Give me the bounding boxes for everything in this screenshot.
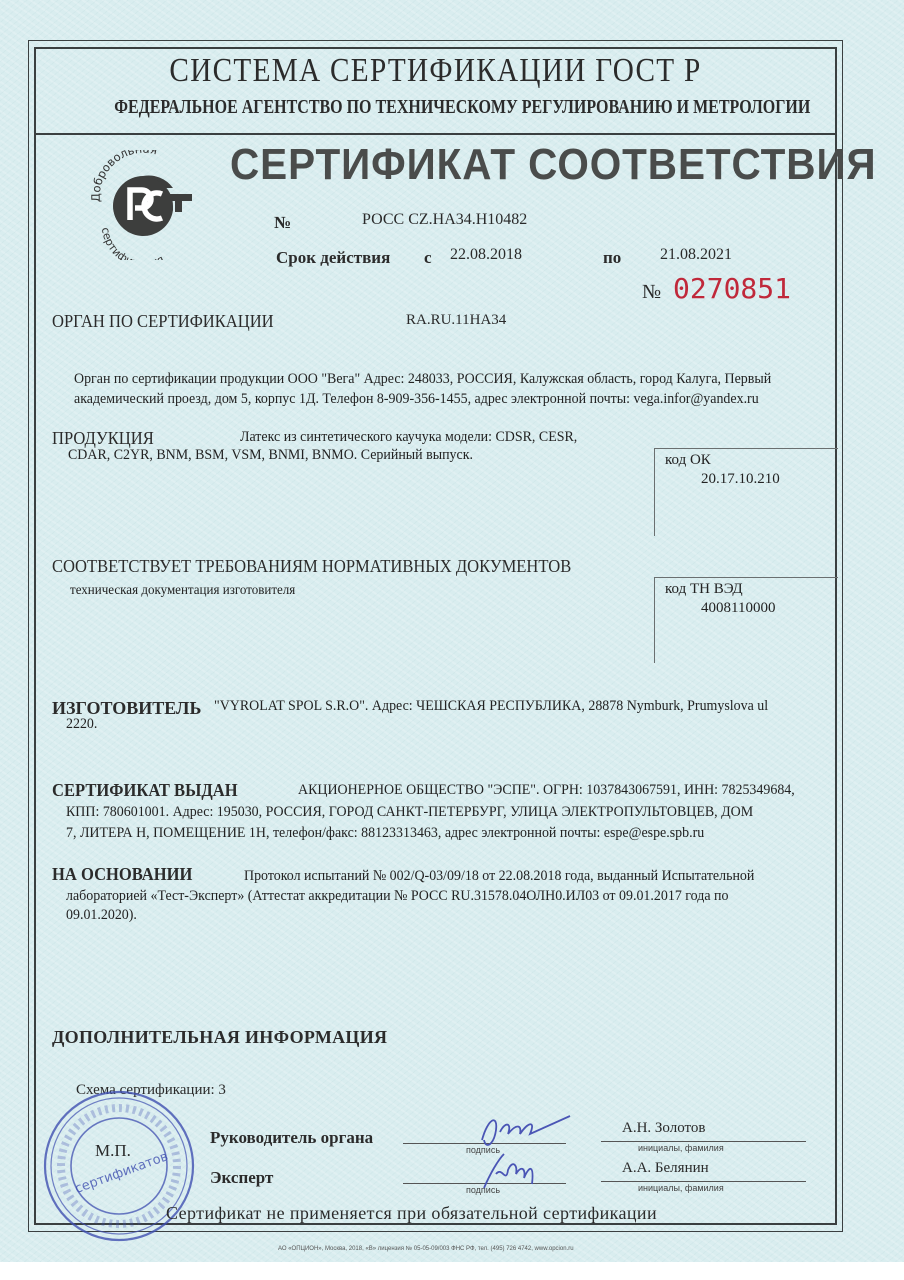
stamp-place-label: М.П. [95,1141,131,1161]
valid-from-date: 22.08.2018 [450,246,522,264]
from-label: с [424,248,432,268]
conformity-value: техническая документация изготовителя [70,580,295,601]
conformity-label: СООТВЕТСТВУЕТ ТРЕБОВАНИЯМ НОРМАТИВНЫХ ДО… [52,556,571,577]
form-number-label: № [642,281,661,304]
basis-label: НА ОСНОВАНИИ [52,864,192,885]
certification-body-line1: Орган по сертификации продукции ООО "Вег… [74,369,771,390]
issued-to-line3: 7, ЛИТЕРА Н, ПОМЕЩЕНИЕ 1Н, телефон/факс:… [66,823,704,844]
agency-title: ФЕДЕРАЛЬНОЕ АГЕНТСТВО ПО ТЕХНИЧЕСКОМУ РЕ… [114,96,756,119]
manufacturer-line1: "VYROLAT SPOL S.R.O". Адрес: ЧЕШСКАЯ РЕС… [214,696,768,717]
certification-body-label: ОРГАН ПО СЕРТИФИКАЦИИ [52,311,274,332]
expert-name-line [601,1181,806,1182]
system-title: СИСТЕМА СЕРТИФИКАЦИИ ГОСТ Р [90,52,781,90]
header-divider [34,133,837,135]
voluntary-notice: Сертификат не применяется при обязательн… [166,1203,657,1224]
head-label: Руководитель органа [210,1128,373,1148]
validity-label: Срок действия [276,248,390,268]
expert-name: А.А. Белянин [622,1160,709,1177]
issued-to-line1: АКЦИОНЕРНОЕ ОБЩЕСТВО "ЭСПЕ". ОГРН: 10378… [298,780,795,801]
head-name: А.Н. Золотов [622,1120,705,1137]
tnved-code-box: код ТН ВЭД 4008110000 [654,577,838,663]
expert-label: Эксперт [210,1168,273,1188]
to-label: по [603,248,621,268]
form-number: 0270851 [673,272,791,305]
rst-logo-icon: Добровольная сертификация [88,150,188,250]
certification-body-line2: академический проезд, дом 5, корпус 1Д. … [74,389,759,410]
basis-line2: лабораторией «Тест-Эксперт» (Аттестат ак… [66,886,728,907]
tnved-code-value: 4008110000 [701,600,775,617]
expert-signature-icon [470,1144,550,1199]
document-title: СЕРТИФИКАТ СООТВЕТСТВИЯ [230,140,876,190]
additional-info-label: ДОПОЛНИТЕЛЬНАЯ ИНФОРМАЦИЯ [52,1027,387,1048]
ok-code-box: код ОК 20.17.10.210 [654,448,838,536]
expert-name-caption: инициалы, фамилия [638,1183,724,1193]
head-name-caption: инициалы, фамилия [638,1143,724,1153]
manufacturer-line2: 2220. [66,714,97,735]
certification-body-code: RA.RU.11НА34 [406,312,506,329]
product-line2: CDAR, C2YR, BNM, BSM, VSM, BNMI, BNMO. С… [68,445,473,466]
certificate-number: РОСС CZ.НА34.Н10482 [362,211,527,229]
ok-code-value: 20.17.10.210 [701,471,780,488]
valid-to-date: 21.08.2021 [660,246,732,264]
printer-imprint: АО «ОПЦИОН», Москва, 2018, «В» лицензия … [278,1246,574,1252]
issued-to-label: СЕРТИФИКАТ ВЫДАН [52,780,238,801]
basis-line3: 09.01.2020). [66,905,137,926]
issued-to-line2: КПП: 780601001. Адрес: 195030, РОССИЯ, Г… [66,802,753,823]
basis-line1: Протокол испытаний № 002/Q-03/09/18 от 2… [244,866,754,887]
number-label: № [274,213,291,233]
ok-code-label: код ОК [665,452,711,469]
head-name-line [601,1141,806,1142]
tnved-code-label: код ТН ВЭД [665,581,743,598]
